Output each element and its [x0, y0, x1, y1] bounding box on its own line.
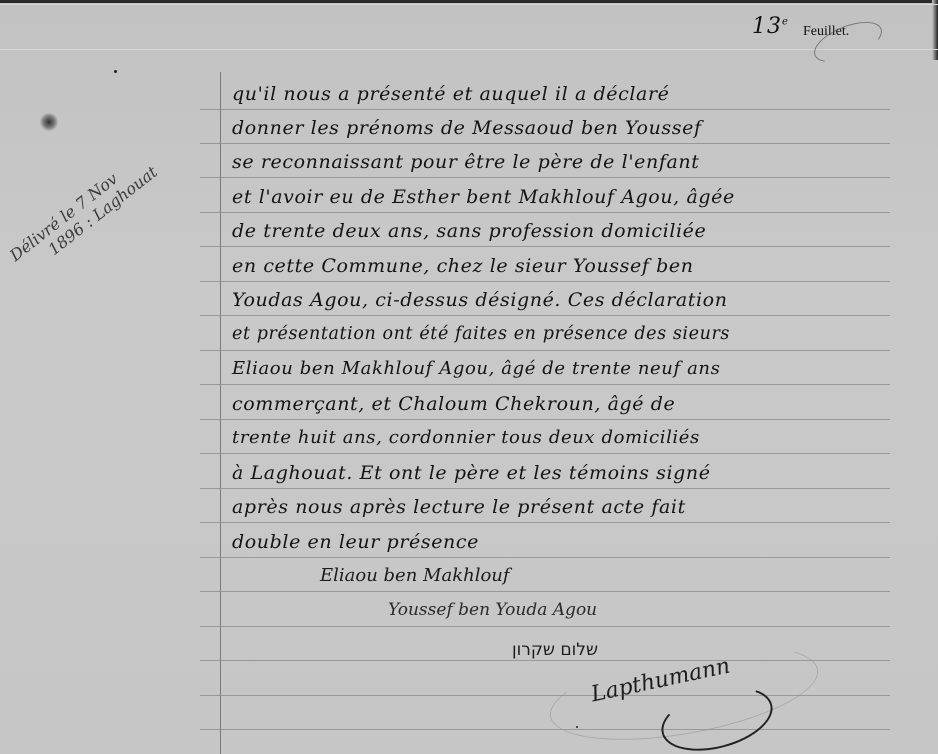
handwritten-line: et présentation ont été faites en présen… [232, 324, 730, 344]
ruled-line [200, 522, 890, 523]
ink-dot [576, 726, 578, 728]
handwritten-line: Youdas Agou, ci-dessus désigné. Ces décl… [232, 289, 728, 311]
ruled-line [200, 384, 890, 385]
ruled-line [200, 350, 890, 351]
ruled-line [200, 419, 890, 420]
page-top-edge [0, 0, 938, 3]
faint-rule [0, 49, 938, 50]
register-page: 13e Feuillet. Délivré le 7 Nov 1896 : La… [0, 0, 938, 754]
ruled-line [200, 109, 890, 110]
signature-witness-1: Eliaou ben Makhlouf [320, 565, 510, 586]
signature-father: Youssef ben Youda Agou [388, 600, 597, 620]
page-right-edge [932, 0, 938, 60]
handwritten-line: trente huit ans, cordonnier tous deux do… [232, 427, 700, 448]
folio-number: 13e [752, 14, 789, 39]
paraph-flourish [809, 14, 888, 71]
ruled-line [200, 246, 890, 247]
ruled-line [200, 626, 890, 627]
handwritten-line: après nous après lecture le présent acte… [232, 496, 686, 518]
handwritten-line: de trente deux ans, sans profession domi… [232, 220, 706, 242]
faint-rule [0, 4, 938, 5]
ruled-line [200, 143, 890, 144]
handwritten-line: double en leur présence [232, 531, 479, 553]
ruled-line [200, 557, 890, 558]
ruled-line [200, 453, 890, 454]
ink-blot [40, 112, 58, 132]
handwritten-line: à Laghouat. Et ont le père et les témoin… [232, 462, 711, 484]
handwritten-line: se reconnaissant pour être le père de l'… [232, 151, 699, 173]
ruled-line [200, 315, 890, 316]
ruled-line [200, 177, 890, 178]
signature-witness-2-hebrew: שלום שקרון [512, 640, 598, 660]
handwritten-line: qu'il nous a présenté et auquel il a déc… [232, 83, 902, 105]
ruled-line [200, 212, 890, 213]
ruled-line [200, 488, 890, 489]
handwritten-line: donner les prénoms de Messaoud ben Youss… [232, 117, 702, 139]
handwritten-line: commerçant, et Chaloum Chekroun, âgé de [232, 393, 675, 415]
margin-annotation: Délivré le 7 Nov 1896 : Laghouat [6, 147, 161, 280]
ruled-line [200, 591, 890, 592]
handwritten-line: et l'avoir eu de Esther bent Makhlouf Ag… [232, 186, 735, 208]
ruled-line [200, 281, 890, 282]
ink-dot [114, 70, 117, 73]
ruled-line [200, 729, 890, 730]
margin-line [220, 72, 221, 754]
handwritten-line: en cette Commune, chez le sieur Youssef … [232, 255, 694, 277]
handwritten-line: Eliaou ben Makhlouf Agou, âgé de trente … [232, 358, 720, 379]
